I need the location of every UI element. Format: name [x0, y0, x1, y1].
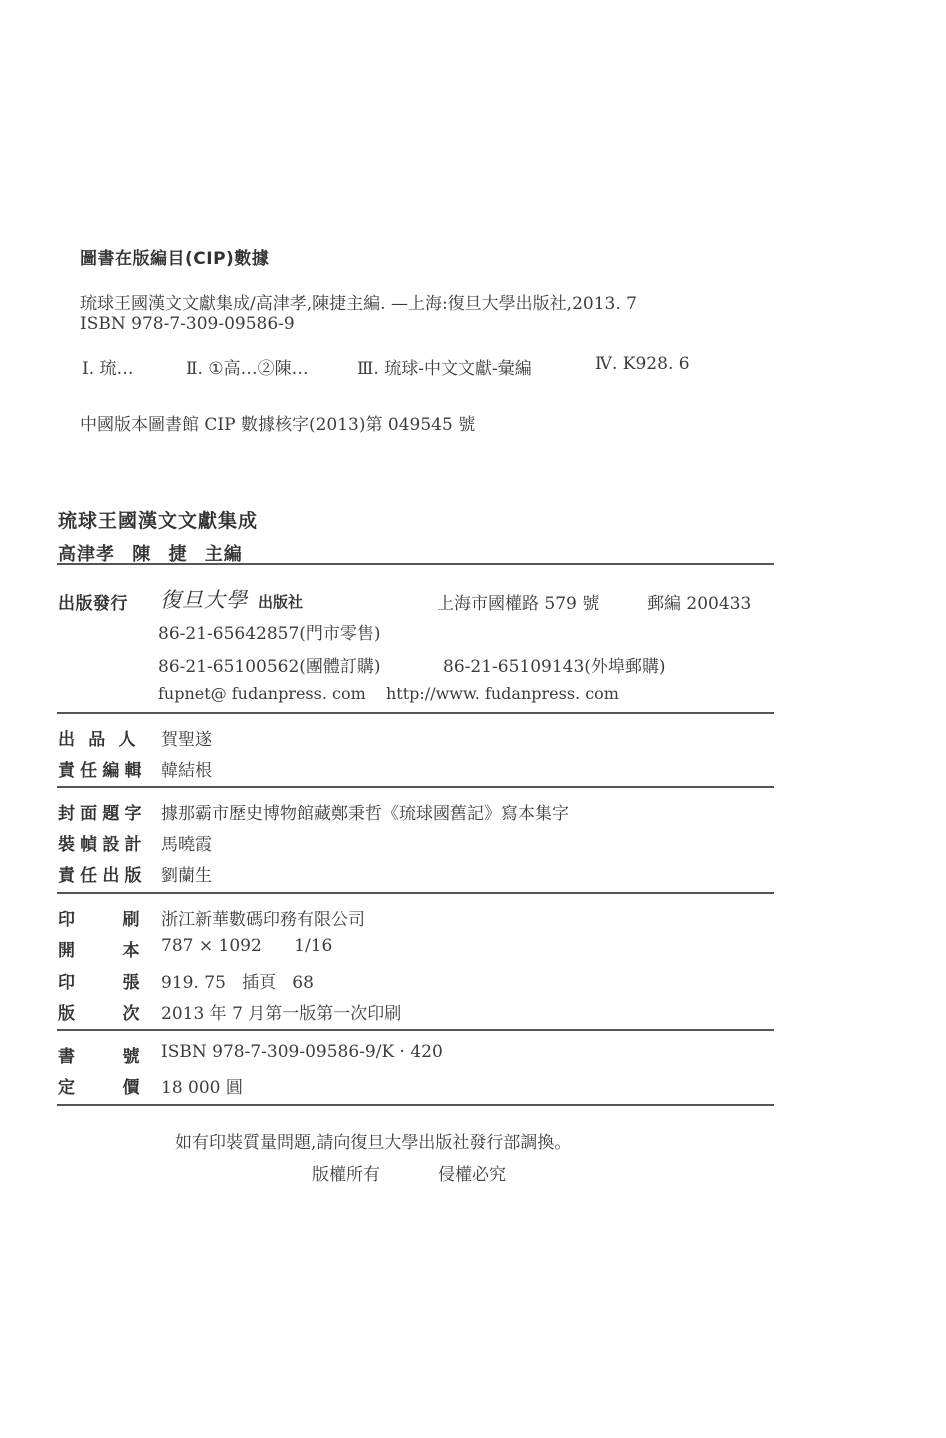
value-format: 787 × 1092 1/16	[161, 936, 332, 956]
rights-reserved: 版權所有	[312, 1160, 380, 1185]
publisher-email[interactable]: fupnet@ fudanpress. com	[158, 684, 366, 703]
label-printer: 印 刷	[58, 905, 140, 930]
divider	[57, 1029, 774, 1031]
fudan-logo-suffix: 出版社	[258, 591, 303, 612]
value-edition: 2013 年 7 月第一版第一次印刷	[161, 999, 401, 1024]
phone-retail: 86-21-65642857(門市零售)	[158, 619, 381, 644]
divider	[57, 712, 774, 714]
publisher-postcode: 郵編 200433	[647, 589, 751, 614]
value-price: 18 000 圓	[161, 1073, 243, 1098]
label-sheets: 印 張	[58, 968, 140, 993]
cip-class-i: Ⅰ. 琉…	[82, 354, 134, 379]
label-edition: 版 次	[58, 999, 140, 1024]
book-title: 琉球王國漢文文獻集成	[58, 506, 258, 533]
label-production: 責 任 出 版	[58, 861, 142, 886]
infringement-notice: 侵權必究	[438, 1160, 506, 1185]
cip-heading: 圖書在版編目(CIP)數據	[80, 244, 269, 269]
divider	[57, 892, 774, 894]
fudan-logo: 復旦大學	[160, 584, 248, 614]
cip-isbn: ISBN 978-7-309-09586-9	[80, 314, 295, 334]
phone-mail: 86-21-65109143(外埠郵購)	[443, 652, 666, 677]
value-production: 劉蘭生	[161, 861, 212, 886]
publisher-address: 上海市國權路 579 號	[437, 589, 599, 614]
cip-class-ii: Ⅱ. ①高…②陳…	[186, 354, 309, 379]
value-cover-calligraphy: 據那霸市歷史博物館藏鄭秉哲《琉球國舊記》寫本集字	[161, 799, 569, 824]
label-cover-calligraphy: 封 面 題 字	[58, 799, 142, 824]
divider	[57, 563, 774, 565]
value-editor: 韓結根	[161, 756, 212, 781]
divider	[57, 786, 774, 788]
cip-record-line: 琉球王國漢文文獻集成/高津孝,陳捷主編. —上海:復旦大學出版社,2013. 7	[80, 289, 637, 314]
cip-verification: 中國版本圖書館 CIP 數據核字(2013)第 049545 號	[80, 410, 475, 435]
value-book-design: 馬曉霞	[161, 830, 212, 855]
value-producer: 賀聖遂	[161, 725, 212, 750]
label-format: 開 本	[58, 936, 140, 961]
phone-group: 86-21-65100562(團體訂購)	[158, 652, 381, 677]
divider	[57, 1104, 774, 1106]
value-printer: 浙江新華數碼印務有限公司	[161, 905, 365, 930]
value-isbn: ISBN 978-7-309-09586-9/K · 420	[161, 1042, 443, 1062]
label-producer: 出 品 人	[58, 725, 136, 750]
publisher-website[interactable]: http://www. fudanpress. com	[386, 684, 619, 703]
publisher-label: 出版發行	[58, 589, 128, 614]
label-price: 定 價	[58, 1073, 140, 1098]
label-book-design: 裝 幀 設 計	[58, 830, 142, 855]
cip-class-iv: Ⅳ. K928. 6	[595, 354, 690, 374]
label-isbn: 書 號	[58, 1042, 140, 1067]
quality-notice: 如有印裝質量問題,請向復旦大學出版社發行部調換。	[175, 1128, 571, 1153]
cip-class-iii: Ⅲ. 琉球-中文文獻-彙編	[357, 354, 532, 379]
label-editor: 責 任 編 輯	[58, 756, 142, 781]
value-sheets: 919. 75 插頁 68	[161, 968, 314, 993]
